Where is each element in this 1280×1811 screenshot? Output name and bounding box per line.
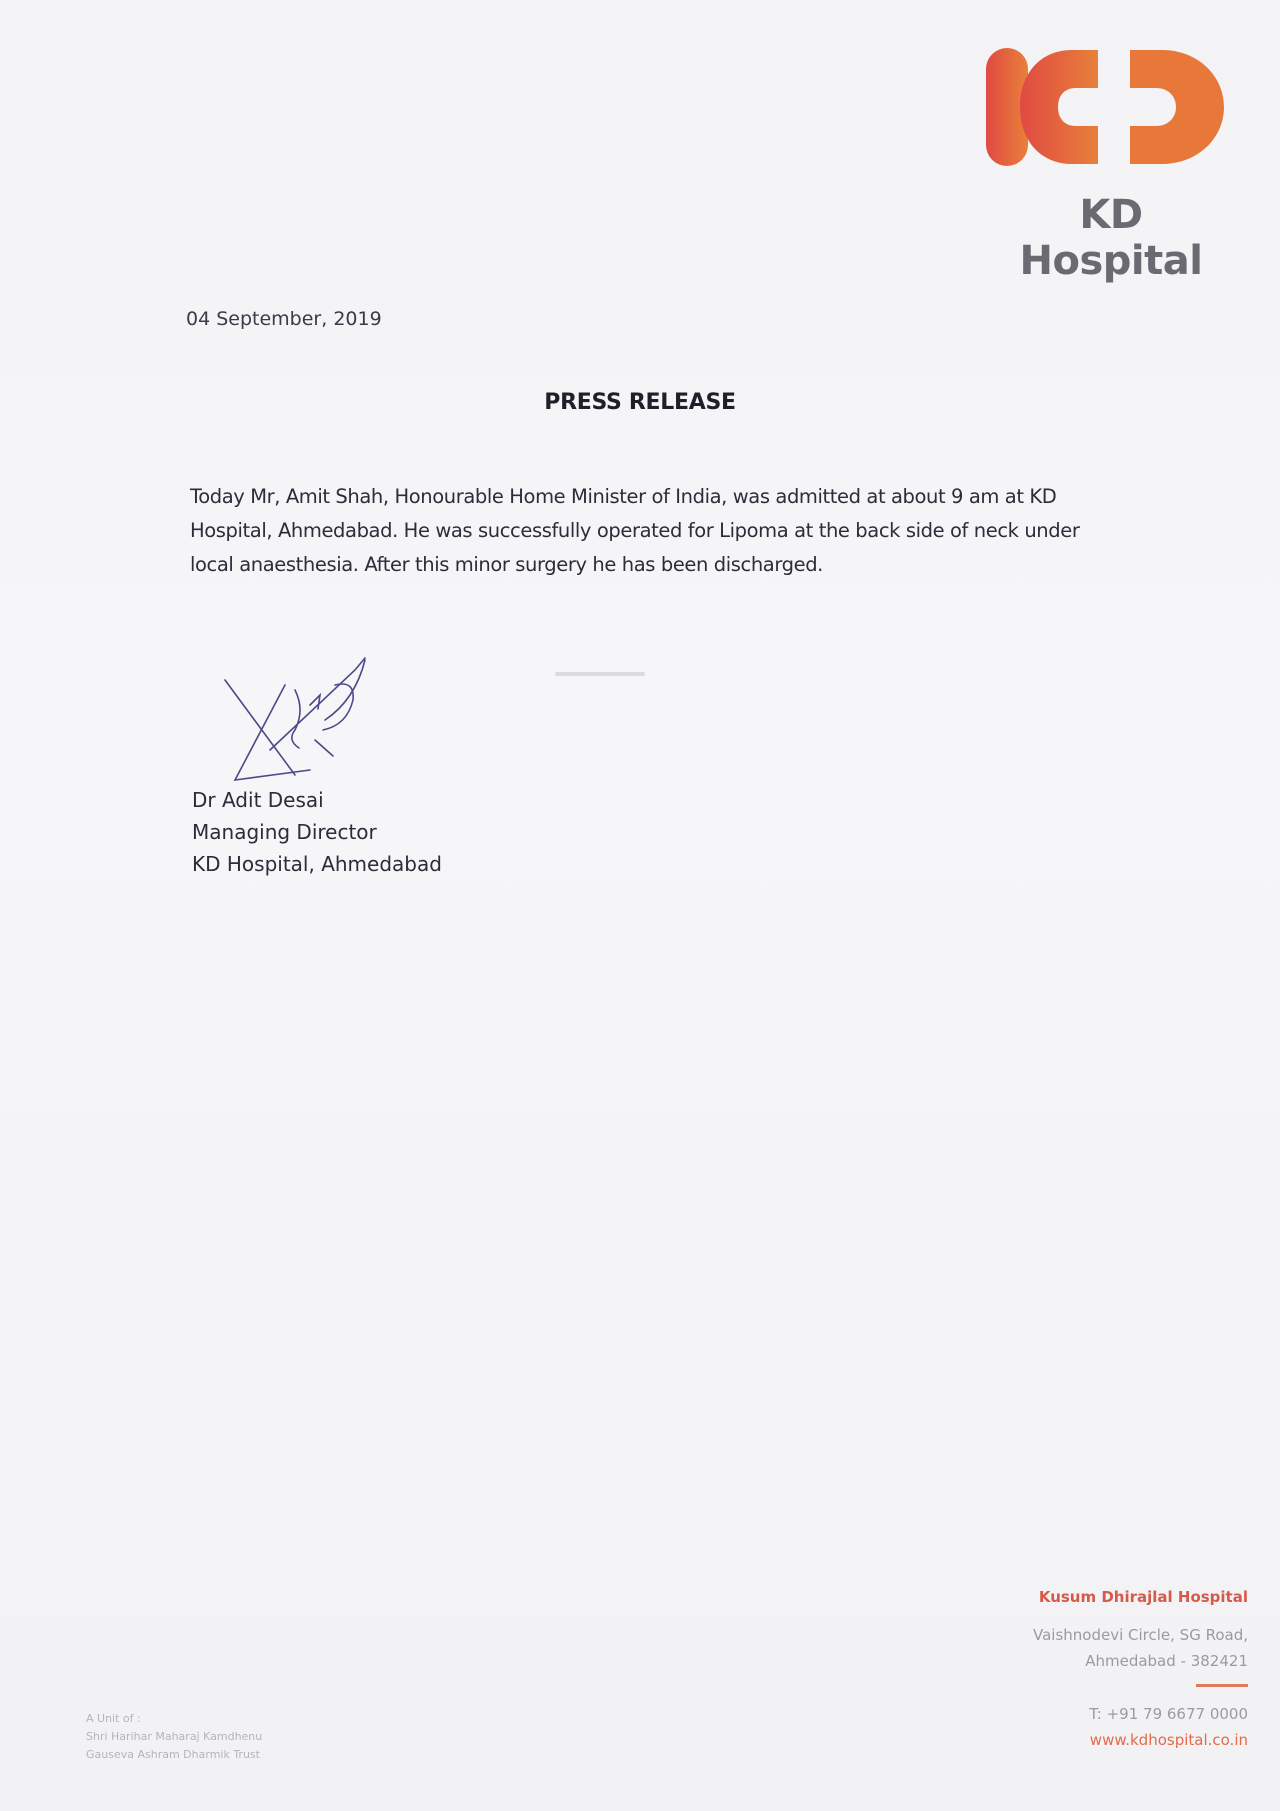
footer-unit-label: A Unit of : bbox=[86, 1710, 262, 1728]
press-release-body: Today Mr, Amit Shah, Honourable Home Min… bbox=[190, 480, 1120, 582]
signatory-name: Dr Adit Desai bbox=[192, 784, 442, 816]
document-date: 04 September, 2019 bbox=[186, 308, 382, 330]
footer-phone: T: +91 79 6677 0000 bbox=[928, 1701, 1248, 1727]
logo-text: KD Hospital bbox=[986, 192, 1236, 284]
footer-trust-info: A Unit of : Shri Harihar Maharaj Kamdhen… bbox=[86, 1710, 262, 1764]
footer-contact: Kusum Dhirajlal Hospital Vaishnodevi Cir… bbox=[928, 1584, 1248, 1753]
signature-icon bbox=[215, 650, 405, 800]
footer-hospital-name: Kusum Dhirajlal Hospital bbox=[928, 1584, 1248, 1610]
footer-trust-line2: Gauseva Ashram Dharmik Trust bbox=[86, 1746, 262, 1764]
signatory-designation: Managing Director bbox=[192, 816, 442, 848]
signatory-block: Dr Adit Desai Managing Director KD Hospi… bbox=[192, 784, 442, 880]
document-title: PRESS RELEASE bbox=[0, 390, 1280, 415]
footer-address-line2: Ahmedabad - 382421 bbox=[928, 1648, 1248, 1674]
press-release-page: KD Hospital 04 September, 2019 PRESS REL… bbox=[0, 0, 1280, 1811]
footer-website-link[interactable]: www.kdhospital.co.in bbox=[928, 1727, 1248, 1753]
signatory-organization: KD Hospital, Ahmedabad bbox=[192, 848, 442, 880]
footer-address-line1: Vaishnodevi Circle, SG Road, bbox=[928, 1622, 1248, 1648]
footer-divider bbox=[1196, 1684, 1248, 1687]
footer-trust-line1: Shri Harihar Maharaj Kamdhenu bbox=[86, 1728, 262, 1746]
scan-smudge bbox=[555, 672, 645, 676]
kd-hospital-logo: KD Hospital bbox=[980, 44, 1240, 244]
kd-logo-mark-icon bbox=[980, 44, 1240, 184]
